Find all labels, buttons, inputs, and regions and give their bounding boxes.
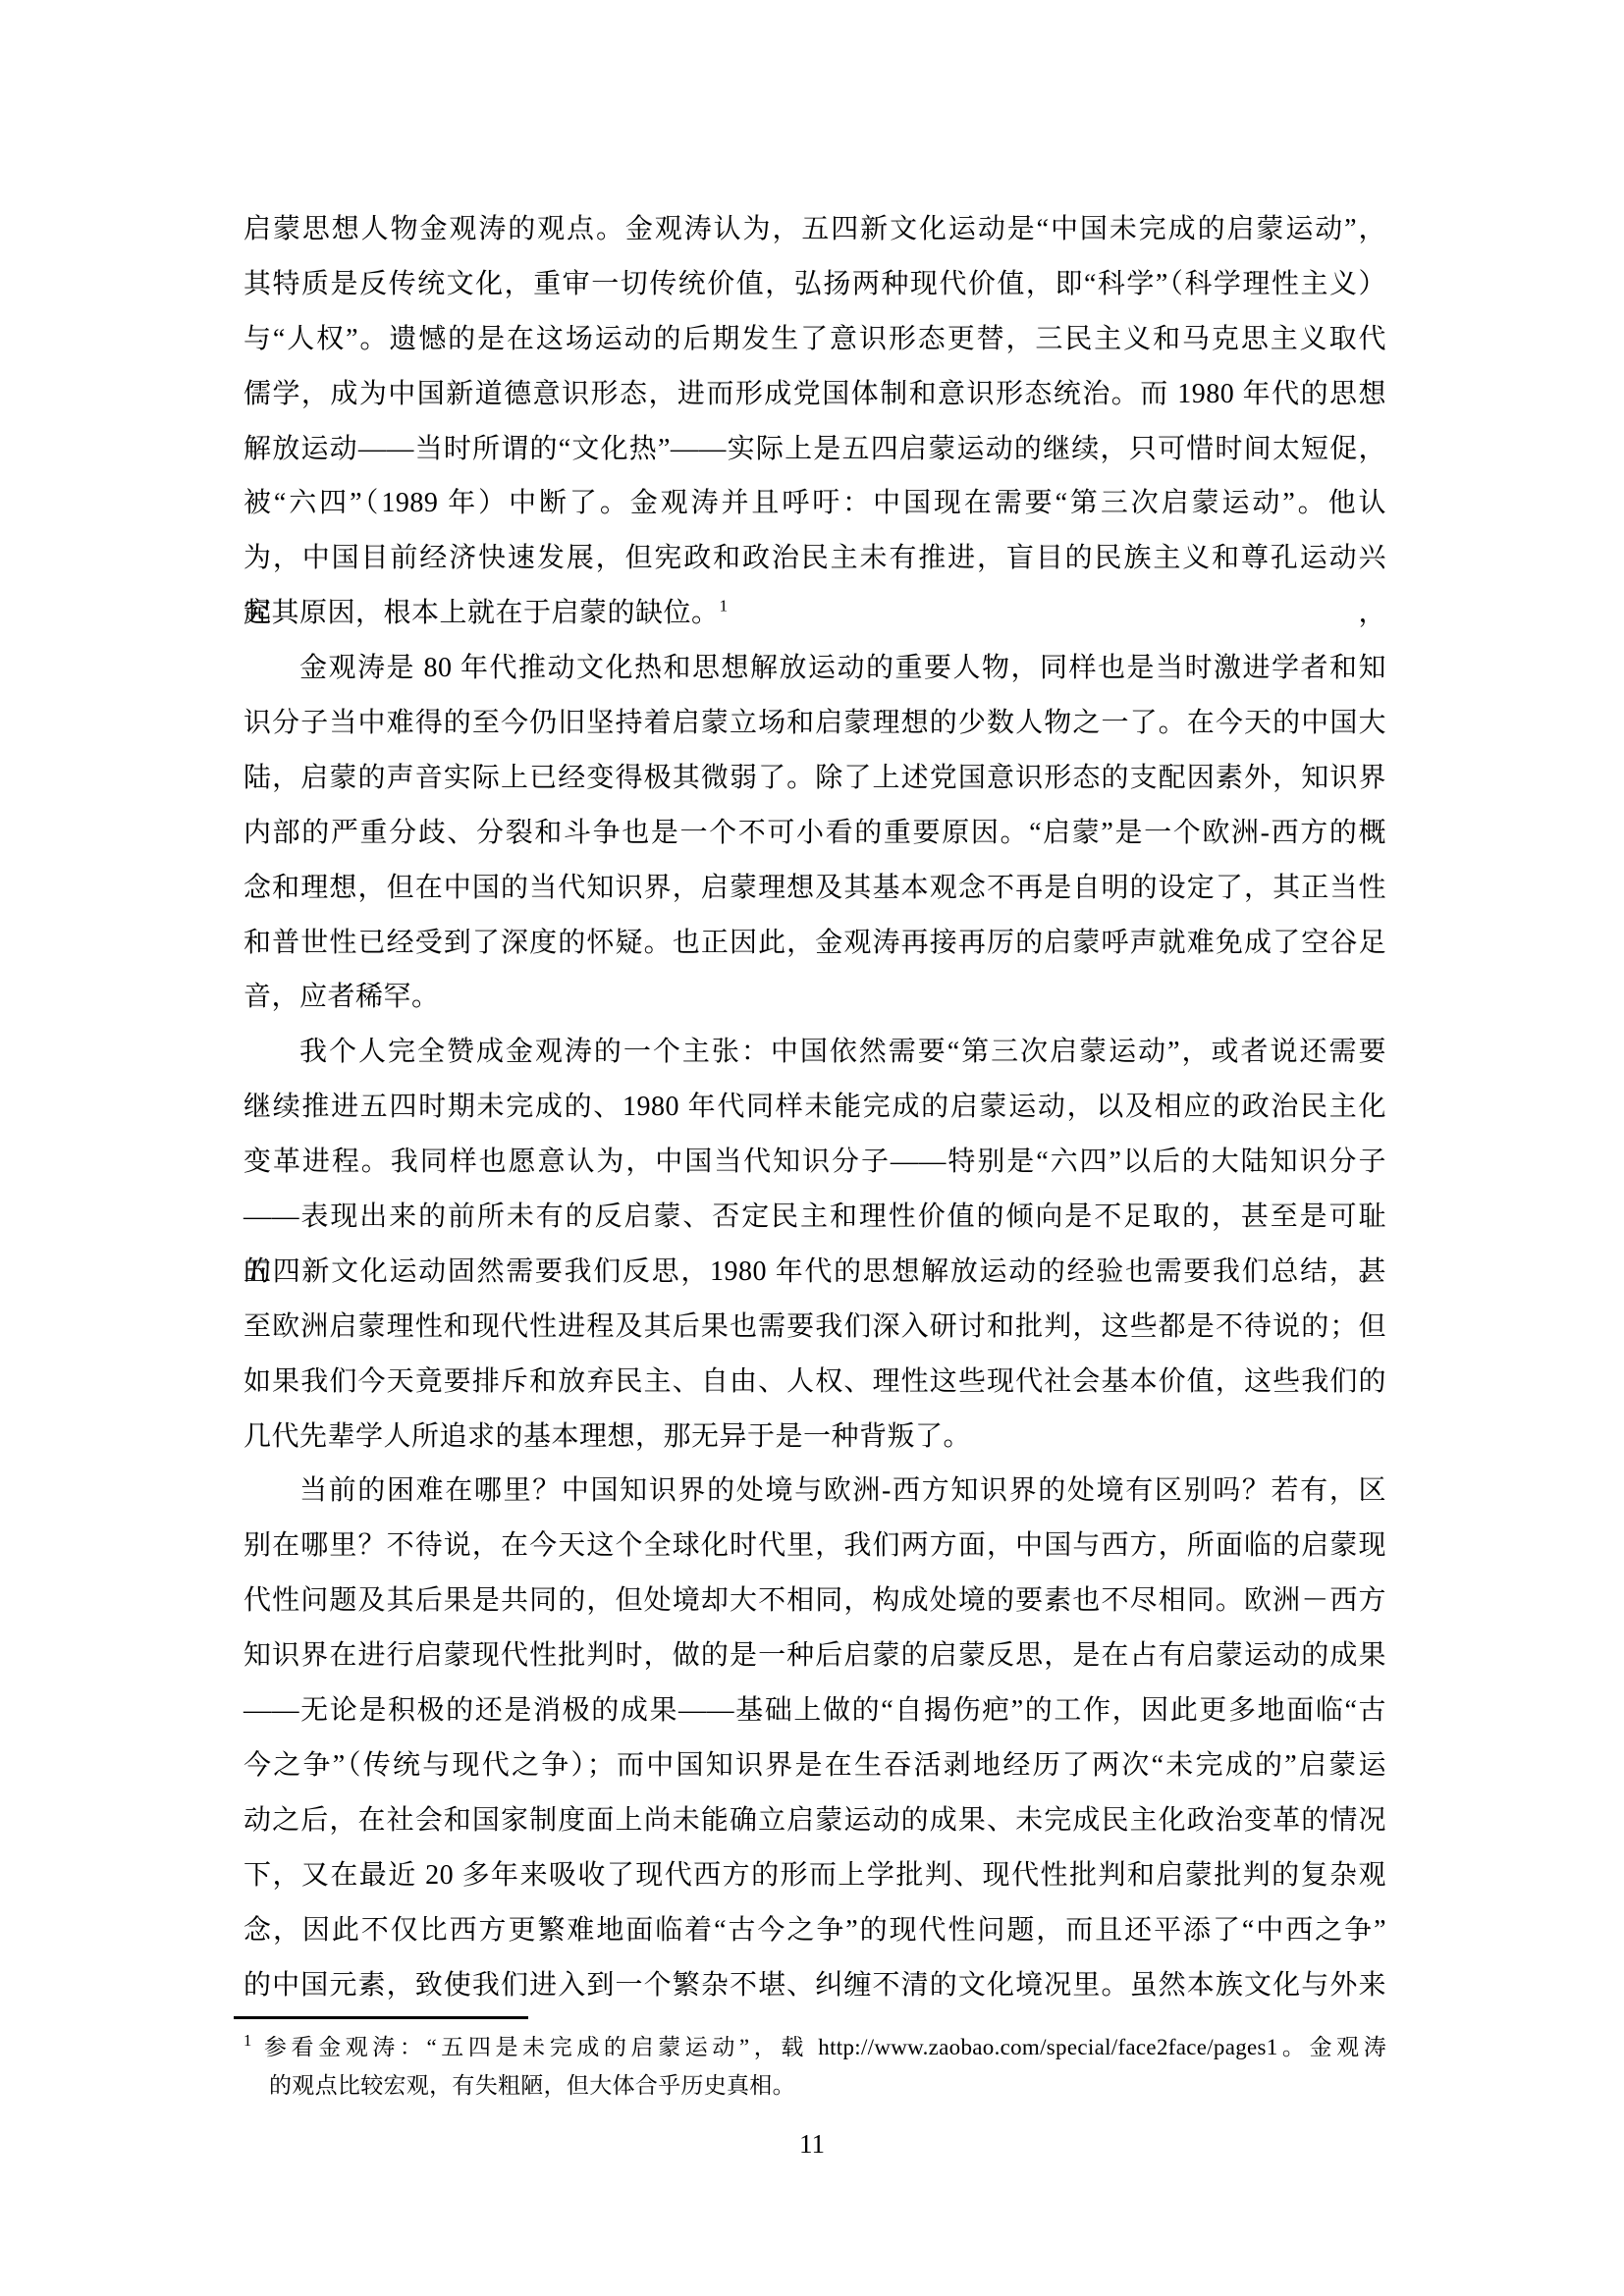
text-line: 为，中国目前经济快速发展，但宪政和政治民主未有推进，盲目的民族主义和尊孔运动兴起… bbox=[244, 531, 1386, 586]
text-line: 五四新文化运动固然需要我们反思，1980 年代的思想解放运动的经验也需要我们总结… bbox=[244, 1245, 1386, 1300]
footnote-separator bbox=[234, 2016, 528, 2019]
text-line: 与“人权”。遗憾的是在这场运动的后期发生了意识形态更替，三民主义和马克思主义取代 bbox=[244, 312, 1386, 367]
text-line: 儒学，成为中国新道德意识形态，进而形成党国体制和意识形态统治。而 1980 年代… bbox=[244, 367, 1386, 422]
text-line: 金观涛是 80 年代推动文化热和思想解放运动的重要人物，同样也是当时激进学者和知 bbox=[244, 641, 1386, 696]
text-line: 知识界在进行启蒙现代性批判时，做的是一种后启蒙的启蒙反思，是在占有启蒙运动的成果 bbox=[244, 1629, 1386, 1683]
text-line: 当前的困难在哪里？中国知识界的处境与欧洲-西方知识界的处境有区别吗？若有，区 bbox=[244, 1464, 1386, 1519]
text-line: 几代先辈学人所追求的基本理想，那无异于是一种背叛了。 bbox=[244, 1410, 1386, 1465]
footnote-line: 1参看金观涛：“五四是未完成的启蒙运动”，载 http://www.zaobao… bbox=[244, 2028, 1386, 2066]
document-page: 启蒙思想人物金观涛的观点。金观涛认为，五四新文化运动是“中国未完成的启蒙运动”，… bbox=[0, 0, 1624, 2296]
text-line: 念，因此不仅比西方更繁难地面临着“古今之争”的现代性问题，而且还平添了“中西之争… bbox=[244, 1903, 1386, 1958]
footnote-ref: 1 bbox=[720, 597, 729, 615]
text-line: 变革进程。我同样也愿意认为，中国当代知识分子——特别是“六四”以后的大陆知识分子 bbox=[244, 1135, 1386, 1190]
footnote-line: 的观点比较宏观，有失粗陋，但大体合乎历史真相。 bbox=[244, 2066, 1386, 2105]
text-line: 其特质是反传统文化，重审一切传统价值，弘扬两种现代价值，即“科学”（科学理性主义… bbox=[244, 257, 1386, 312]
text-line: 我个人完全赞成金观涛的一个主张：中国依然需要“第三次启蒙运动”，或者说还需要 bbox=[244, 1025, 1386, 1080]
text-line: 被“六四”（1989 年）中断了。金观涛并且呼吁：中国现在需要“第三次启蒙运动”… bbox=[244, 476, 1386, 531]
text-line: 今之争”（传统与现代之争）；而中国知识界是在生吞活剥地经历了两次“未完成的”启蒙… bbox=[244, 1738, 1386, 1793]
text-line: 的中国元素，致使我们进入到一个繁杂不堪、纠缠不清的文化境况里。虽然本族文化与外来 bbox=[244, 1958, 1386, 2013]
text-line: 解放运动——当时所谓的“文化热”——实际上是五四启蒙运动的继续，只可惜时间太短促… bbox=[244, 422, 1386, 477]
text-line: 音，应者稀罕。 bbox=[244, 970, 1386, 1025]
text-line: 和普世性已经受到了深度的怀疑。也正因此，金观涛再接再厉的启蒙呼声就难免成了空谷足 bbox=[244, 916, 1386, 971]
text-line: ——表现出来的前所未有的反启蒙、否定民主和理性价值的倾向是不足取的，甚至是可耻的… bbox=[244, 1190, 1386, 1245]
text-line: 下，又在最近 20 多年来吸收了现代西方的形而上学批判、现代性批判和启蒙批判的复… bbox=[244, 1848, 1386, 1903]
body-text: 启蒙思想人物金观涛的观点。金观涛认为，五四新文化运动是“中国未完成的启蒙运动”，… bbox=[244, 202, 1386, 2012]
text-line: 至欧洲启蒙理性和现代性进程及其后果也需要我们深入研讨和批判，这些都是不待说的；但 bbox=[244, 1300, 1386, 1355]
text-line: 动之后，在社会和国家制度面上尚未能确立启蒙运动的成果、未完成民主化政治变革的情况 bbox=[244, 1793, 1386, 1848]
text-line: 代性问题及其后果是共同的，但处境却大不相同，构成处境的要素也不尽相同。欧洲－西方 bbox=[244, 1574, 1386, 1629]
text-line: 念和理想，但在中国的当代知识界，启蒙理想及其基本观念不再是自明的设定了，其正当性 bbox=[244, 861, 1386, 916]
text-line: 识分子当中难得的至今仍旧坚持着启蒙立场和启蒙理想的少数人物之一了。在今天的中国大 bbox=[244, 696, 1386, 751]
text-line: 启蒙思想人物金观涛的观点。金观涛认为，五四新文化运动是“中国未完成的启蒙运动”， bbox=[244, 202, 1386, 257]
text-line: ——无论是积极的还是消极的成果——基础上做的“自揭伤疤”的工作，因此更多地面临“… bbox=[244, 1683, 1386, 1738]
text-line: 陆，启蒙的声音实际上已经变得极其微弱了。除了上述党国意识形态的支配因素外，知识界 bbox=[244, 751, 1386, 806]
text-line: 如果我们今天竟要排斥和放弃民主、自由、人权、理性这些现代社会基本价值，这些我们的 bbox=[244, 1355, 1386, 1410]
text-line: 内部的严重分歧、分裂和斗争也是一个不可小看的重要原因。“启蒙”是一个欧洲-西方的… bbox=[244, 806, 1386, 861]
footnote-marker: 1 bbox=[244, 2031, 260, 2050]
footnote: 1参看金观涛：“五四是未完成的启蒙运动”，载 http://www.zaobao… bbox=[244, 2028, 1386, 2105]
text-line: 别在哪里？不待说，在今天这个全球化时代里，我们两方面，中国与西方，所面临的启蒙现 bbox=[244, 1519, 1386, 1574]
page-number: 11 bbox=[0, 2128, 1624, 2160]
text-line: 继续推进五四时期未完成的、1980 年代同样未能完成的启蒙运动，以及相应的政治民… bbox=[244, 1080, 1386, 1135]
